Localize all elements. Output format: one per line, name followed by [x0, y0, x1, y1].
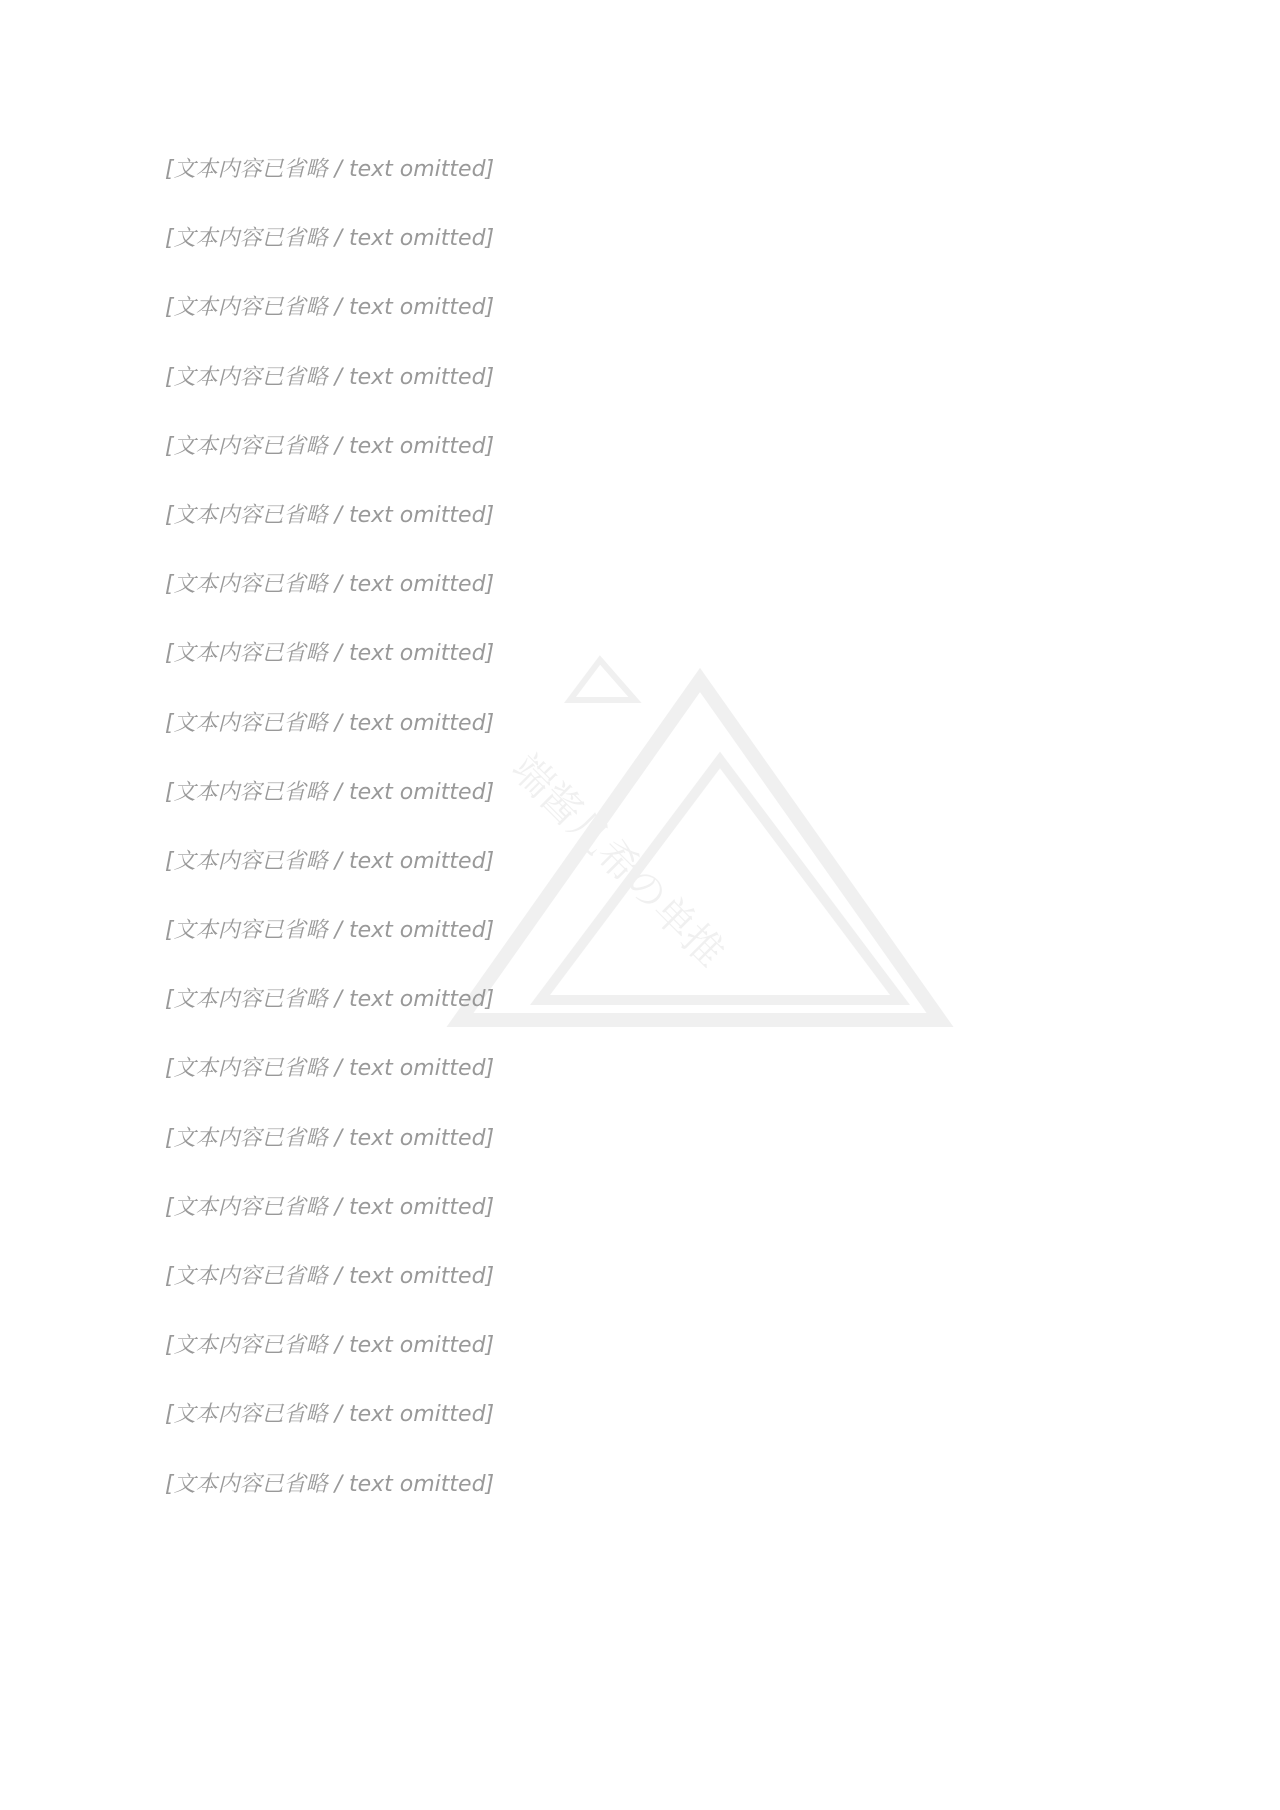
- paragraph: [文本内容已省略 / text omitted]: [165, 152, 1115, 187]
- paragraph: [文本内容已省略 / text omitted]: [165, 775, 1115, 810]
- paragraph: [文本内容已省略 / text omitted]: [165, 498, 1115, 533]
- paragraph: [文本内容已省略 / text omitted]: [165, 567, 1115, 602]
- paragraph: [文本内容已省略 / text omitted]: [165, 913, 1115, 948]
- paragraph: [文本内容已省略 / text omitted]: [165, 1467, 1115, 1502]
- paragraph: [文本内容已省略 / text omitted]: [165, 844, 1115, 879]
- paragraph: [文本内容已省略 / text omitted]: [165, 290, 1115, 325]
- paragraph: [文本内容已省略 / text omitted]: [165, 1259, 1115, 1294]
- paragraph: [文本内容已省略 / text omitted]: [165, 636, 1115, 671]
- paragraph: [文本内容已省略 / text omitted]: [165, 1190, 1115, 1225]
- document-body: [文本内容已省略 / text omitted][文本内容已省略 / text …: [165, 130, 1115, 1536]
- paragraph: [文本内容已省略 / text omitted]: [165, 1328, 1115, 1363]
- paragraph: [文本内容已省略 / text omitted]: [165, 429, 1115, 464]
- paragraph: [文本内容已省略 / text omitted]: [165, 1121, 1115, 1156]
- paragraph: [文本内容已省略 / text omitted]: [165, 221, 1115, 256]
- paragraph: [文本内容已省略 / text omitted]: [165, 1051, 1115, 1086]
- paragraph: [文本内容已省略 / text omitted]: [165, 706, 1115, 741]
- paragraph: [文本内容已省略 / text omitted]: [165, 360, 1115, 395]
- paragraph: [文本内容已省略 / text omitted]: [165, 1397, 1115, 1432]
- paragraph: [文本内容已省略 / text omitted]: [165, 982, 1115, 1017]
